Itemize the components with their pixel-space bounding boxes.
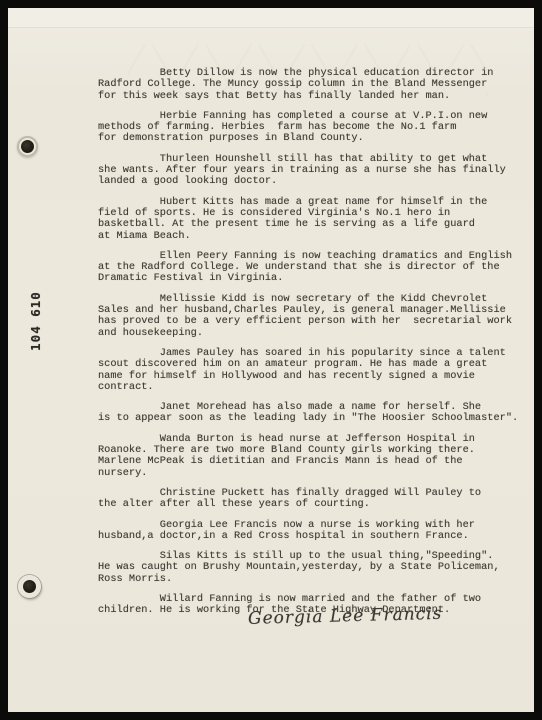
- paragraph-james-pauley: James Pauley has soared in his popularit…: [98, 348, 534, 393]
- paragraph-ellen-peery-fanning: Ellen Peery Fanning is now teaching dram…: [98, 251, 534, 285]
- paragraph-hubert-kitts: Hubert Kitts has made a great name for h…: [98, 197, 534, 242]
- paragraph-janet-morehead: Janet Morehead has also made a name for …: [98, 402, 534, 425]
- paragraph-wanda-burton: Wanda Burton is head nurse at Jefferson …: [98, 434, 534, 479]
- punch-hole-top: [21, 140, 34, 153]
- paragraph-mellissie-kidd: Mellissie Kidd is now secretary of the K…: [98, 294, 534, 339]
- paragraph-herbie-fanning: Herbie Fanning has completed a course at…: [98, 111, 534, 145]
- archive-number-stamp: 104 610: [28, 282, 42, 360]
- paragraph-betty-dillow: Betty Dillow is now the physical educati…: [98, 68, 534, 102]
- document-page: 104 610 Betty Dillow is now the physical…: [8, 8, 534, 712]
- punch-hole-bottom: [23, 580, 36, 593]
- paragraph-christine-puckett: Christine Puckett has finally dragged Wi…: [98, 488, 534, 511]
- typewritten-body: Betty Dillow is now the physical educati…: [98, 68, 534, 626]
- paragraph-silas-kitts: Silas Kitts is still up to the usual thi…: [98, 551, 534, 585]
- paragraph-thurleen-hounshell: Thurleen Hounshell still has that abilit…: [98, 154, 534, 188]
- paper-top-edge: [8, 8, 534, 28]
- scan-frame: 104 610 Betty Dillow is now the physical…: [0, 0, 542, 720]
- paragraph-georgia-lee-francis: Georgia Lee Francis now a nurse is worki…: [98, 520, 534, 543]
